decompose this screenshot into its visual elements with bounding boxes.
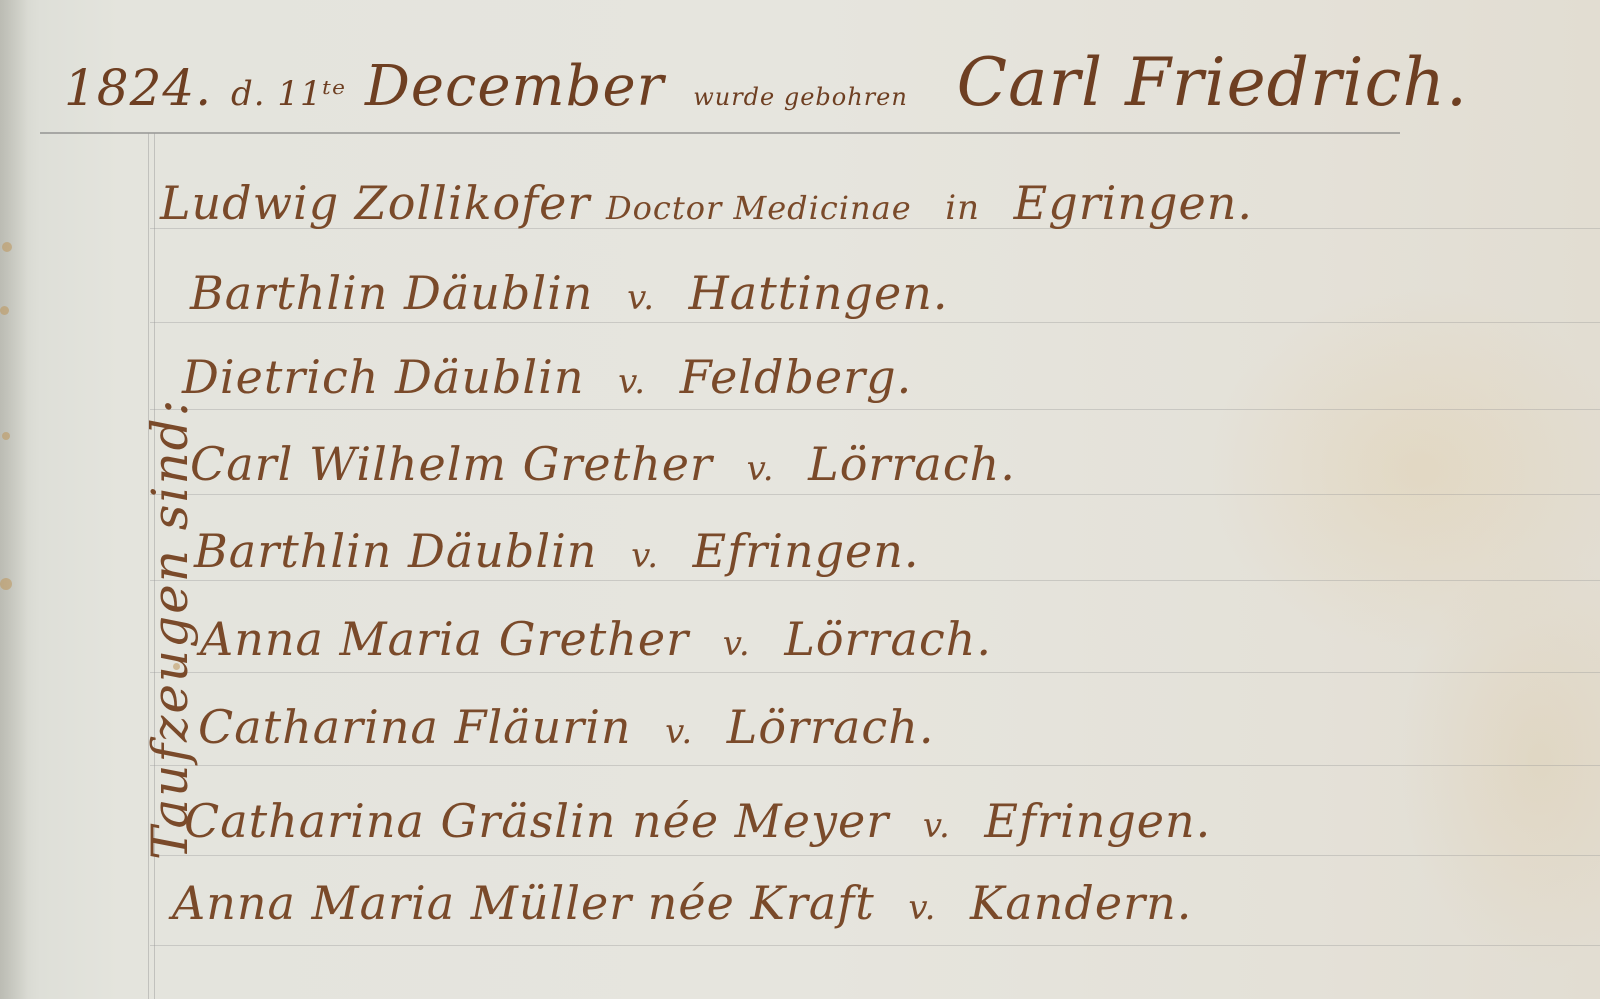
place-prefix: v. <box>923 806 951 846</box>
place-prefix: v. <box>908 888 936 928</box>
foxing-spot <box>2 242 12 252</box>
sponsor-entry: Catharina Gräslin née Meyer v. Efringen. <box>184 794 1211 848</box>
sponsor-entry: Barthlin Däublin v. Hattingen. <box>190 266 948 320</box>
page-spine-shadow <box>0 0 28 999</box>
sponsor-place: Lörrach. <box>808 437 1016 491</box>
ruled-line <box>150 409 1600 410</box>
ruled-line <box>150 855 1600 856</box>
sponsor-name: Anna Maria Grether <box>200 612 689 666</box>
child-name: Carl Friedrich. <box>957 44 1468 121</box>
sponsor-place: Kandern. <box>970 876 1192 930</box>
place-prefix: v. <box>747 449 775 489</box>
sponsor-entry: Anna Maria Müller née Kraft v. Kandern. <box>172 876 1192 930</box>
sponsor-place: Egringen. <box>1014 176 1253 230</box>
sponsor-entry: Carl Wilhelm Grether v. Lörrach. <box>190 437 1016 491</box>
sponsor-name: Barthlin Däublin <box>190 266 593 320</box>
ruled-line <box>150 672 1600 673</box>
ruled-line <box>150 580 1600 581</box>
sponsor-name: Dietrich Däublin <box>182 350 584 404</box>
place-prefix: v. <box>618 362 646 402</box>
sponsor-entry: Dietrich Däublin v. Feldberg. <box>182 350 912 404</box>
sponsor-name: Catharina Fläurin <box>198 700 632 754</box>
foxing-spot <box>2 432 10 440</box>
sponsor-entry: Ludwig Zollikofer Doctor Medicinae in Eg… <box>160 176 1253 230</box>
place-prefix: v. <box>631 536 659 576</box>
foxing-spot <box>0 306 9 315</box>
sponsor-name: Carl Wilhelm Grether <box>190 437 713 491</box>
place-prefix: v. <box>723 624 751 664</box>
sponsor-place: Efringen. <box>984 794 1211 848</box>
place-prefix: v. <box>627 278 655 318</box>
foxing-spot <box>0 578 12 590</box>
day: d. 11ᵗᵉ <box>231 74 346 114</box>
sponsor-place: Lörrach. <box>784 612 992 666</box>
ruled-line <box>150 765 1600 766</box>
place-prefix: in <box>945 188 980 228</box>
sponsor-entry: Anna Maria Grether v. Lörrach. <box>200 612 992 666</box>
sponsor-title: Doctor Medicinae <box>606 189 912 227</box>
ruled-line <box>150 322 1600 323</box>
header-rule <box>40 132 1400 134</box>
sponsor-place: Feldberg. <box>680 350 913 404</box>
sponsor-name: Ludwig Zollikofer <box>160 176 590 230</box>
sponsor-name: Catharina Gräslin née Meyer <box>184 794 889 848</box>
year: 1824. <box>64 59 212 117</box>
ruled-line <box>150 494 1600 495</box>
sponsor-name: Anna Maria Müller née Kraft <box>172 876 875 930</box>
register-page: 1824. d. 11ᵗᵉ December wurde gebohren Ca… <box>0 0 1600 999</box>
entry-header: 1824. d. 11ᵗᵉ December wurde gebohren Ca… <box>64 44 1468 121</box>
sponsor-entry: Barthlin Däublin v. Efringen. <box>194 524 920 578</box>
sponsor-place: Lörrach. <box>727 700 935 754</box>
phrase: wurde gebohren <box>693 83 908 111</box>
sponsor-place: Efringen. <box>693 524 920 578</box>
sponsor-entry: Catharina Fläurin v. Lörrach. <box>198 700 934 754</box>
ruled-line <box>150 945 1600 946</box>
sponsor-place: Hattingen. <box>689 266 949 320</box>
place-prefix: v. <box>665 712 693 752</box>
sponsor-name: Barthlin Däublin <box>194 524 597 578</box>
month: December <box>365 54 664 119</box>
